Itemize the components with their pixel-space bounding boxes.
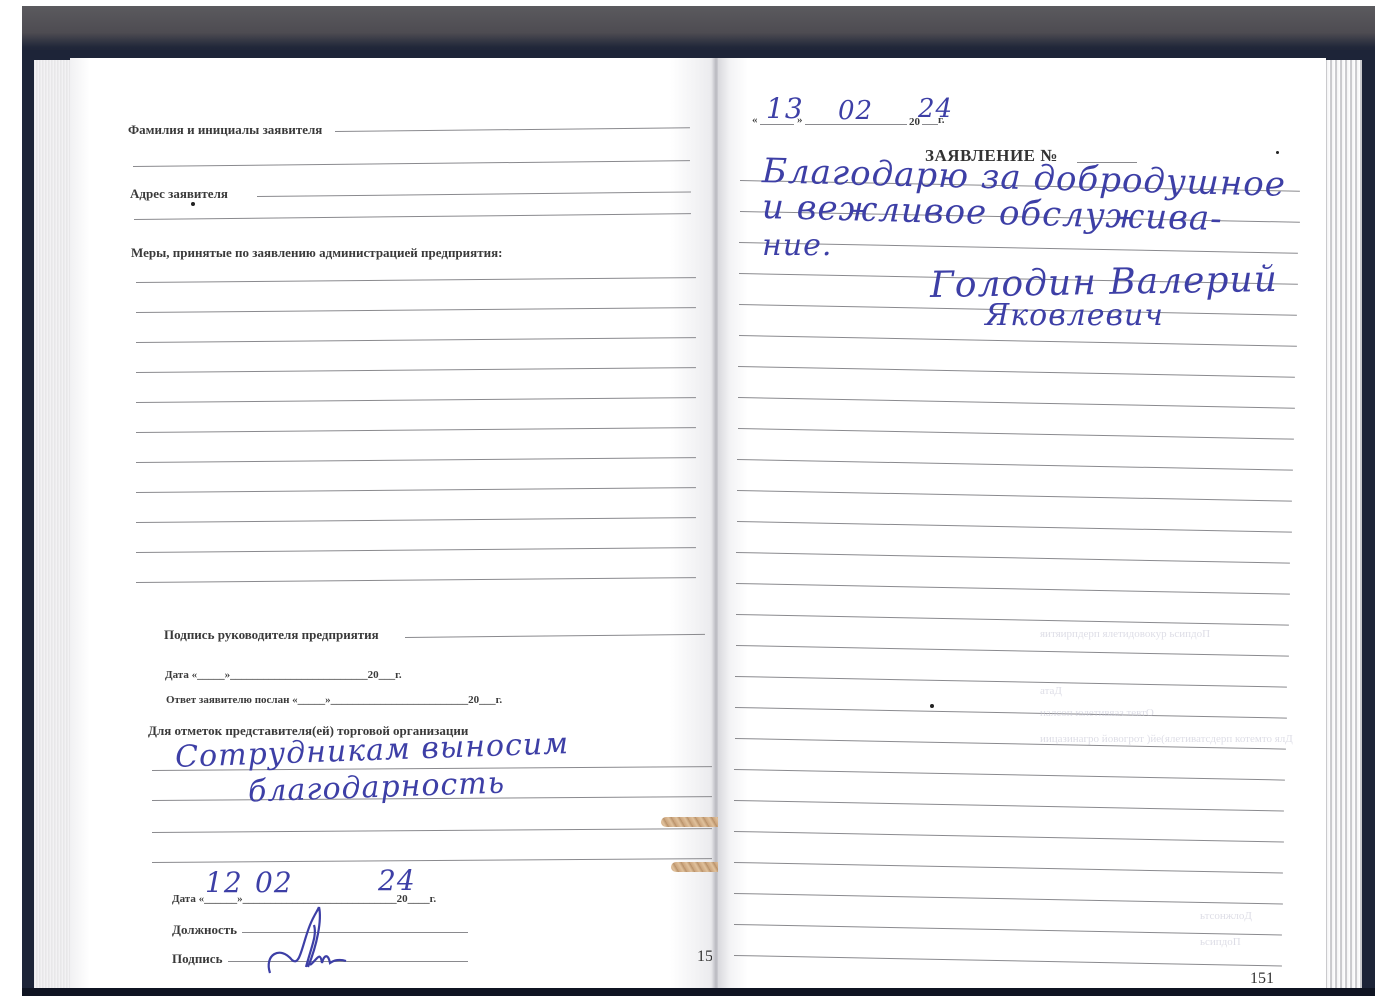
bleed-through-line: налсоп юлетивяаз тевтО bbox=[1040, 707, 1154, 719]
handwritten-right-date-day: 13 bbox=[766, 92, 804, 125]
handwritten-date-day: 12 bbox=[205, 866, 243, 899]
date-year-line bbox=[922, 124, 938, 125]
book-cover-bottom-edge bbox=[22, 988, 1375, 996]
handwritten-statement-line-3: ние. bbox=[762, 228, 832, 263]
scanner-background-top bbox=[22, 6, 1375, 54]
handwritten-date-year: 24 bbox=[378, 864, 416, 897]
page-edges-right bbox=[1322, 60, 1362, 988]
bleed-through-line: ьтсонжлоД bbox=[1200, 910, 1252, 922]
position-label: Должность bbox=[172, 922, 237, 938]
bleed-through-line: яитяирпдерп ялетидовокур ьсипдоП bbox=[1040, 628, 1210, 640]
reply-sent-label: Ответ заявителю послан «_____»__________… bbox=[166, 694, 502, 706]
ink-dot-center bbox=[930, 704, 934, 708]
handwritten-right-date-year: 24 bbox=[918, 94, 953, 124]
date-label: Дата «_____»_________________________20_… bbox=[165, 669, 402, 681]
measures-label: Меры, принятые по заявлению администраци… bbox=[131, 245, 502, 261]
bleed-through-line: иицазинагро йовогрот )йе(ялетиватсдерп к… bbox=[1040, 733, 1293, 745]
page-number-right: 151 bbox=[1250, 970, 1274, 988]
page-edges-left bbox=[34, 60, 74, 988]
applicant-name-label: Фамилия и инициалы заявителя bbox=[128, 122, 322, 138]
ink-dot bbox=[191, 202, 195, 206]
manager-signature-label: Подпись руководителя предприятия bbox=[164, 627, 379, 643]
signature-label: Подпись bbox=[172, 951, 222, 967]
handwritten-signature bbox=[262, 905, 352, 980]
bleed-through-line: ьсипдоП bbox=[1200, 936, 1241, 948]
date-open-quote: « bbox=[752, 114, 758, 126]
applicant-address-label: Адрес заявителя bbox=[130, 186, 228, 202]
handwritten-right-date-month: 02 bbox=[838, 96, 873, 126]
bleed-through-line: атаД bbox=[1040, 685, 1062, 697]
handwritten-date-month: 02 bbox=[255, 866, 293, 899]
ink-dot-right bbox=[1276, 151, 1279, 154]
handwritten-applicant-patronymic: Яковлевич bbox=[985, 298, 1164, 333]
